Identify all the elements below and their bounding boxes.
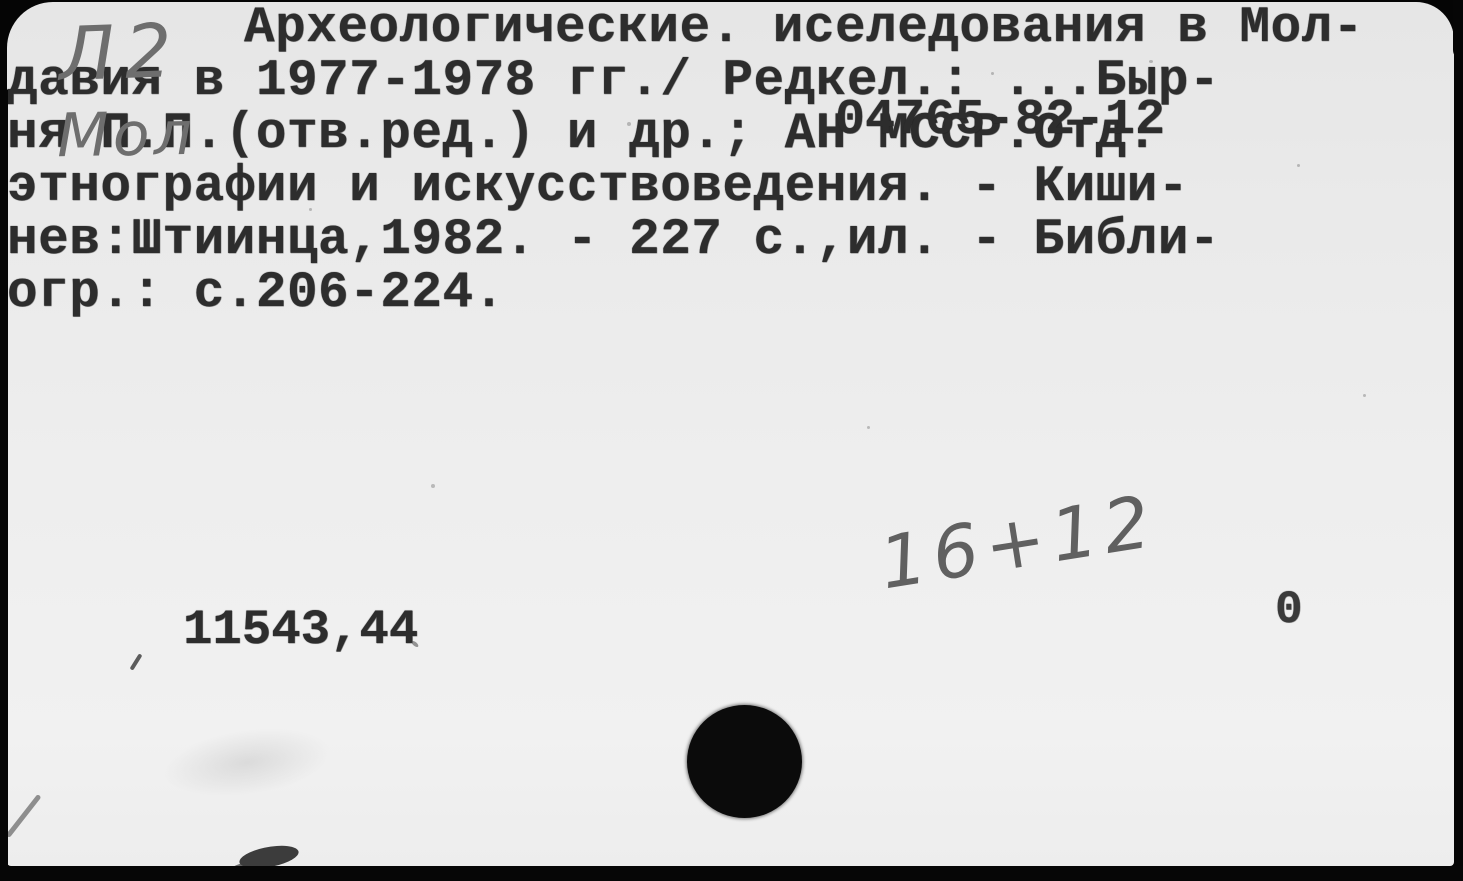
handwritten-calculation: 16+12 [874,479,1162,606]
paper-speck [1363,394,1366,397]
entry-line-1: Археологические. иселедования в Мол- [7,2,1454,55]
paper-speck [431,484,435,488]
zero-mark: 0 [1275,584,1303,636]
paper-speck [991,72,994,75]
handwritten-classmark-line2: Мол [56,99,196,171]
paper-speck [867,426,870,429]
faint-smudge [158,718,335,806]
paper-speck [1297,164,1300,167]
paper-speck [309,208,312,211]
punch-hole [687,705,802,818]
entry-line-3: ня П.П.(отв.ред.) и др.; АН МССР.Отд. [7,108,1454,161]
entry-line-2: давия в 1977-1978 гг./ Редкел.: ...Быр- [7,55,1454,108]
ink-smudge [238,841,301,866]
scanned-catalog-card-image: Л2 Мол 04765-82-12 Археологические. исел… [0,0,1463,881]
scan-edge-right [1453,0,1463,60]
handwritten-classmark-line1: Л2 [58,8,184,98]
accession-number: 11543,44 [183,602,418,658]
entry-line-6: огр.: с.206-224. [7,267,1454,320]
bibliographic-entry: Археологические. иселедования в Мол- дав… [7,2,1454,320]
catalog-card: Л2 Мол 04765-82-12 Археологические. исел… [7,2,1454,866]
paper-speck [1149,60,1153,63]
scan-edge-bottom [0,866,1463,881]
paper-speck [627,122,631,126]
entry-line-5: нев:Штиинца,1982. - 227 с.,ил. - Библи- [7,214,1454,267]
pencil-tick-mark [130,653,143,670]
scan-edge-left [0,90,8,881]
catalog-number: 04765-82-12 [835,92,1165,149]
entry-line-4: этнографии и искусствоведения. - Киши- [7,161,1454,214]
pencil-check-mark [7,794,41,838]
